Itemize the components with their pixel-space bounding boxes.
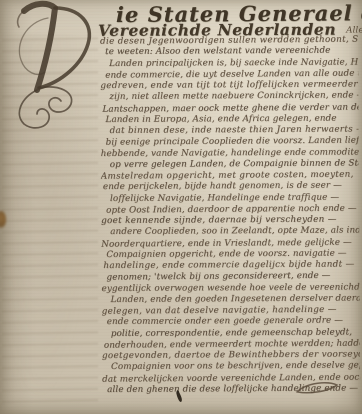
manuscript-line: zijn, niet alleen mette naebuere Coninck… <box>100 91 358 104</box>
manuscript-line: andere Cooplieden, soo in Zeelandt, opte… <box>101 226 359 239</box>
manuscript-line: loffelijcke Navigatie, Handelinge ende t… <box>101 192 359 205</box>
manuscript-line: Compaignien voor ons te beschrijven, end… <box>102 361 360 374</box>
body-lines: die desen Jegenwoordigen sullen werdden … <box>100 34 360 402</box>
manuscript-line: politie, correspondentie, ende gemeensch… <box>102 327 360 340</box>
edge-stain <box>0 211 6 228</box>
manuscript-page: ie Staten Generael der Vereenichde Neder… <box>0 0 362 414</box>
manuscript-line: Landen principalijcken is, bij saecke in… <box>100 57 358 70</box>
ink-blot <box>174 389 186 404</box>
initial-letter-d <box>6 0 110 136</box>
end-of-text-flourish <box>294 379 342 397</box>
